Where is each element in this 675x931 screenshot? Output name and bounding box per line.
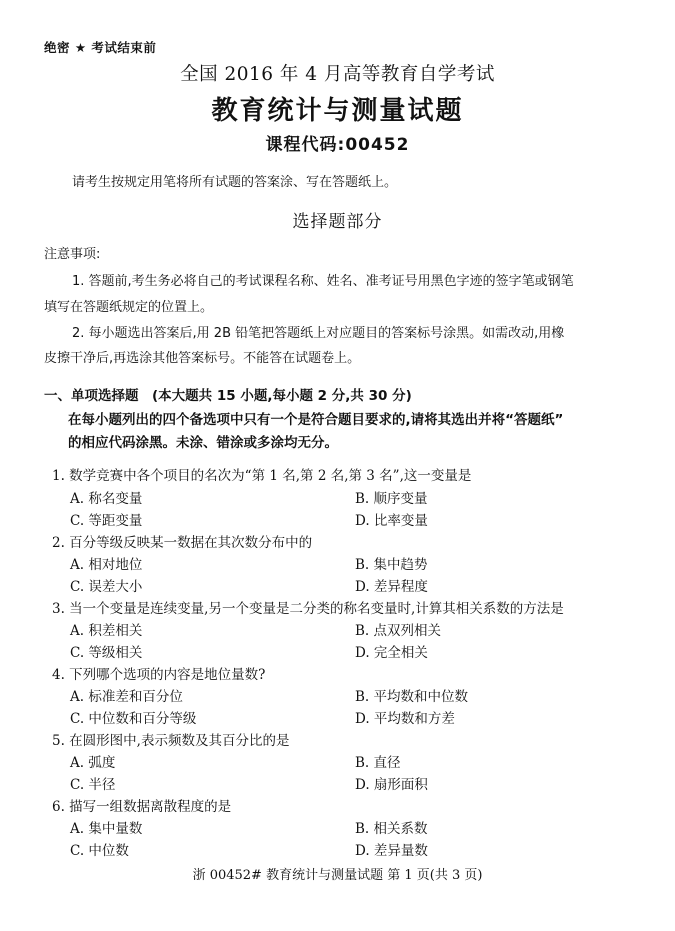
option-c: C. 中位数和百分等级 [70,707,196,727]
option-b: B. 集中趋势 [355,553,428,573]
notice-line: 皮擦干净后,再选涂其他答案标号。不能答在试题卷上。 [44,347,360,366]
question-stem: 3. 当一个变量是连续变量,另一个变量是二分类的称名变量时,计算其相关系数的方法… [52,597,564,617]
part-heading: 一、单项选择题 (本大题共 15 小题,每小题 2 分,共 30 分) [44,384,412,404]
option-b: B. 相关系数 [355,817,428,837]
option-d: D. 平均数和方差 [355,707,455,727]
course-code: 课程代码:00452 [0,130,675,155]
page-title: 教育统计与测量试题 [0,90,675,127]
option-a: A. 称名变量 [70,487,142,507]
option-d: D. 完全相关 [355,641,428,661]
option-c: C. 等级相关 [70,641,142,661]
option-d: D. 扇形面积 [355,773,428,793]
option-a: A. 弧度 [70,751,115,771]
general-instruction: 请考生按规定用笔将所有试题的答案涂、写在答题纸上。 [72,171,397,190]
option-d: D. 比率变量 [355,509,428,529]
option-b: B. 点双列相关 [355,619,441,639]
confidential-mark: 绝密 ★ 考试结束前 [44,38,156,56]
option-c: C. 误差大小 [70,575,142,595]
question-stem: 2. 百分等级反映某一数据在其次数分布中的 [52,531,312,551]
part-description: 的相应代码涂黑。未涂、错涂或多涂均无分。 [68,431,338,451]
option-d: D. 差异量数 [355,839,428,859]
option-a: A. 集中量数 [70,817,142,837]
exam-session-title: 全国 2016 年 4 月高等教育自学考试 [0,60,675,86]
notice-label: 注意事项: [44,243,100,262]
option-c: C. 等距变量 [70,509,142,529]
option-d: D. 差异程度 [355,575,428,595]
option-a: A. 标准差和百分位 [70,685,183,705]
option-c: C. 半径 [70,773,115,793]
option-b: B. 顺序变量 [355,487,428,507]
question-stem: 6. 描写一组数据离散程度的是 [52,795,231,815]
question-stem: 5. 在圆形图中,表示频数及其百分比的是 [52,729,289,749]
page-footer: 浙 00452# 教育统计与测量试题 第 1 页(共 3 页) [0,864,675,883]
notice-line: 填写在答题纸规定的位置上。 [44,296,213,315]
part-description: 在每小题列出的四个备选项中只有一个是符合题目要求的,请将其选出并将“答题纸” [68,408,563,428]
notice-line: 1. 答题前,考生务必将自己的考试课程名称、姓名、准考证号用黑色字迹的签字笔或钢… [72,270,574,289]
question-stem: 1. 数学竞赛中各个项目的名次为“第 1 名,第 2 名,第 3 名”,这一变量… [52,464,471,484]
option-c: C. 中位数 [70,839,129,859]
option-b: B. 平均数和中位数 [355,685,468,705]
notice-line: 2. 每小题选出答案后,用 2B 铅笔把答题纸上对应题目的答案标号涂黑。如需改动… [72,322,564,341]
option-a: A. 积差相关 [70,619,142,639]
section-title: 选择题部分 [0,207,675,232]
option-b: B. 直径 [355,751,401,771]
question-stem: 4. 下列哪个选项的内容是地位量数? [52,663,265,683]
option-a: A. 相对地位 [70,553,142,573]
